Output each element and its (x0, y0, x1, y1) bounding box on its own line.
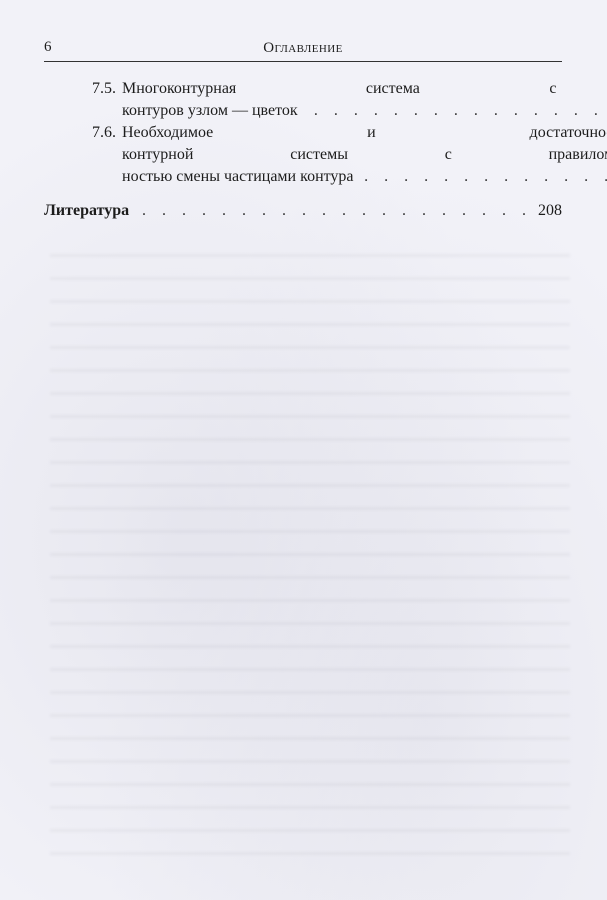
show-through-texture (50, 240, 570, 860)
running-title: Оглавление (44, 40, 562, 57)
section-title: Многоконтурная система с единственным об… (122, 78, 607, 122)
toc-entry-literature[interactable]: Литература . . . . . . . . . . . . . . .… (44, 200, 562, 222)
book-page: 6 Оглавление 7.5. Многоконтурная система… (0, 0, 607, 900)
title-line: Многоконтурная система с единственным об… (122, 78, 607, 100)
dot-leader: . . . . . . . . . . . . . . . . . . . . … (364, 166, 607, 188)
literature-title: Литература (44, 200, 129, 222)
toc-entry-7-5[interactable]: 7.5. Многоконтурная система с единственн… (44, 78, 562, 122)
section-number: 7.5. (74, 78, 122, 122)
title-line: контуров узлом — цветок (122, 100, 298, 122)
table-of-contents: 7.5. Многоконтурная система с единственн… (44, 78, 562, 222)
section-title: Необходимое и достаточное условие самоор… (122, 122, 607, 188)
title-line: Необходимое и достаточное условие самоор… (122, 122, 607, 144)
title-last-line: контуров узлом — цветок . . . . . . . . … (122, 100, 607, 122)
section-number: 7.6. (74, 122, 122, 188)
dot-leader: . . . . . . . . . . . . . . . . . . . . … (137, 200, 532, 222)
title-line: контурной системы с правилом движения EC… (122, 144, 607, 166)
toc-entry-7-6[interactable]: 7.6. Необходимое и достаточное условие с… (44, 122, 562, 188)
dot-leader: . . . . . . . . . . . . . . . . . . . . … (308, 100, 607, 122)
page-header: 6 Оглавление (44, 39, 562, 62)
page-ref[interactable]: 208 (538, 200, 562, 222)
title-line: ностью смены частицами контура (122, 166, 354, 188)
title-last-line: ностью смены частицами контура . . . . .… (122, 166, 607, 188)
